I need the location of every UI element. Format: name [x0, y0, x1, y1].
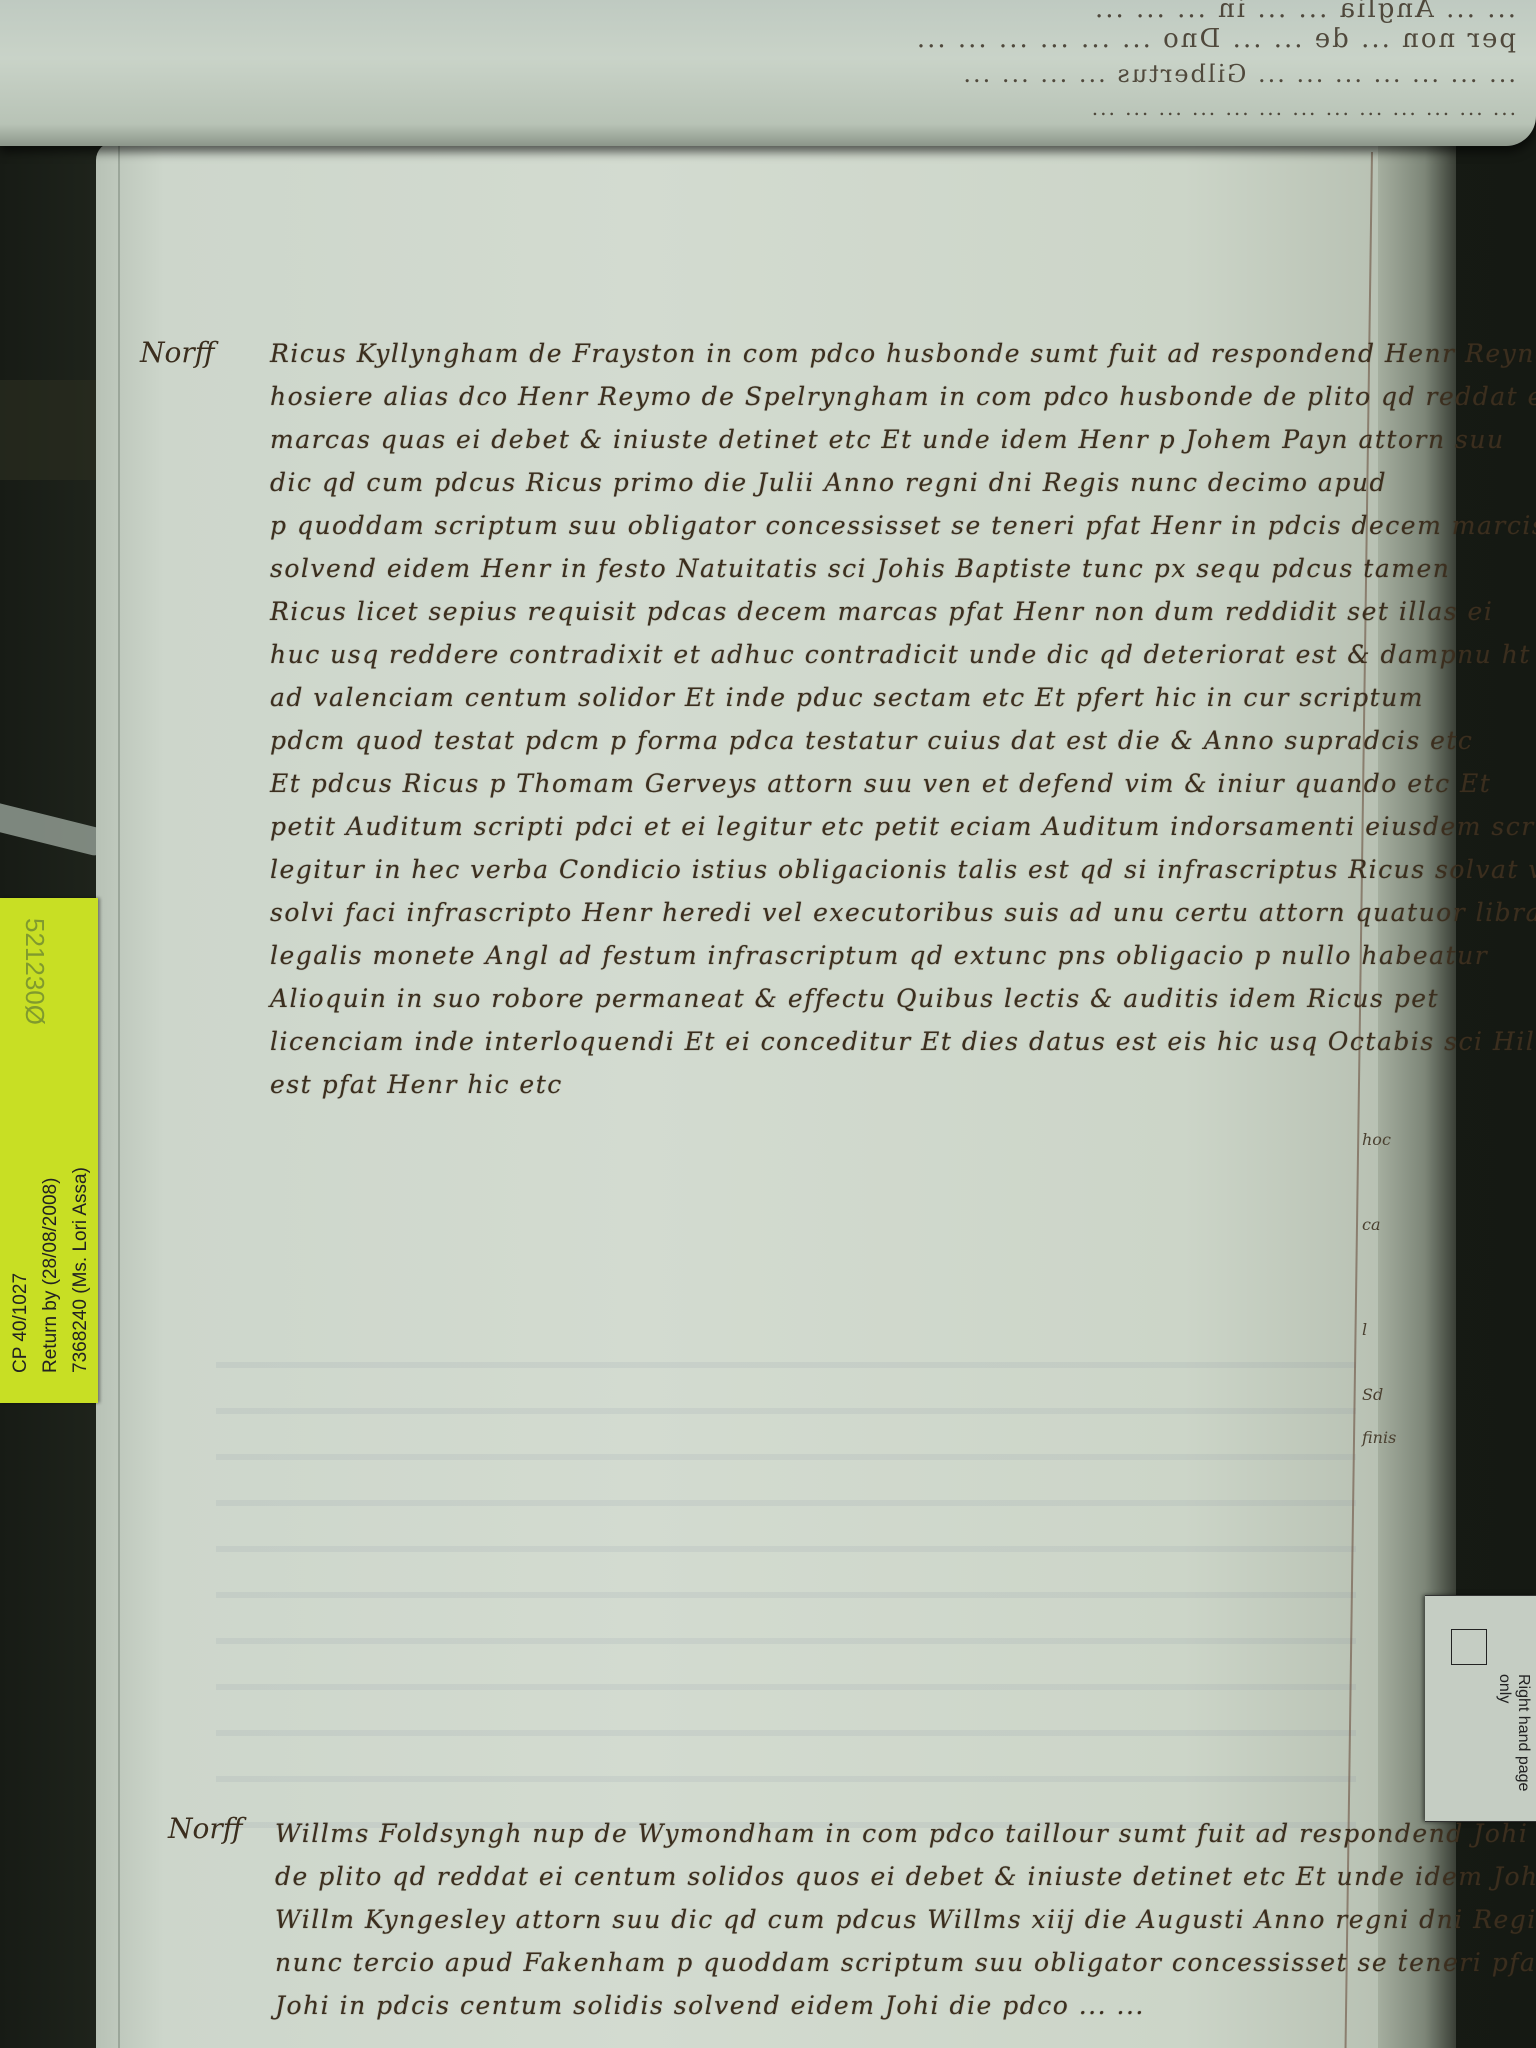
entry-line: de plito qd reddat ei centum solidos quo…: [275, 1855, 1375, 1898]
entry-line: hosiere alias dco Henr Reymo de Spelryng…: [270, 375, 1430, 418]
entry-line: Johi in pdcis centum solidis solvend eid…: [275, 1984, 1375, 2027]
page-fold-line: [118, 142, 120, 2048]
show-through-text: [216, 1322, 1356, 1842]
entry-line: dic qd cum pdcus Ricus primo die Julii A…: [270, 461, 1430, 504]
entry-line: p quoddam scriptum suu obligator concess…: [270, 504, 1430, 547]
plea-entry-1: Ricus Kyllyngham de Frayston in com pdco…: [270, 332, 1430, 1106]
right-margin-note: l: [1362, 1320, 1367, 1339]
roll-line: ... ... ... ... ... ... ... ... ... ... …: [0, 96, 1516, 120]
margin-note-county: Norff: [168, 1812, 243, 1845]
plea-entry-2: Willms Foldsyngh nup de Wymondham in com…: [275, 1812, 1375, 2027]
entry-line: marcas quas ei debet & iniuste detinet e…: [270, 418, 1430, 461]
entry-line: petit Auditum scripti pdci et ei legitur…: [270, 805, 1430, 848]
entry-line: Alioquin in suo robore permaneat & effec…: [270, 977, 1430, 1020]
entry-line: nunc tercio apud Fakenham p quoddam scri…: [275, 1941, 1375, 1984]
entry-line: solvend eidem Henr in festo Natuitatis s…: [270, 547, 1430, 590]
label-reference: CP 40/1027: [6, 898, 36, 1373]
roll-line: ... ... Anglia ... ... in ... ... ...: [0, 0, 1516, 24]
entry-line: legitur in hec verba Condicio istius obl…: [270, 848, 1430, 891]
archive-return-label: 521230Ø CP 40/1027 Return by (28/08/2008…: [0, 898, 98, 1403]
entry-line: legalis monete Angl ad festum infrascrip…: [270, 934, 1430, 977]
right-hand-page-checkbox[interactable]: [1451, 1629, 1487, 1665]
entry-line: licenciam inde interloquendi Et ei conce…: [270, 1020, 1430, 1063]
entry-line: Et pdcus Ricus p Thomam Gerveys attorn s…: [270, 762, 1430, 805]
right-margin-note: ca: [1362, 1215, 1381, 1234]
margin-note-county: Norff: [140, 336, 215, 369]
right-hand-page-slip: Right hand page only: [1425, 1595, 1536, 1822]
entry-line: Willms Foldsyngh nup de Wymondham in com…: [275, 1812, 1375, 1855]
background-band: [0, 380, 100, 480]
right-margin-note: hoc: [1362, 1130, 1391, 1149]
entry-line: Ricus Kyllyngham de Frayston in com pdco…: [270, 332, 1430, 375]
entry-line: pdcm quod testat pdcm p forma pdca testa…: [270, 719, 1430, 762]
entry-line: Ricus licet sepius requisit pdcas decem …: [270, 590, 1430, 633]
entry-line: ad valenciam centum solidor Et inde pduc…: [270, 676, 1430, 719]
entry-line: solvi faci infrascripto Henr heredi vel …: [270, 891, 1430, 934]
entry-line: huc usq reddere contradixit et adhuc con…: [270, 633, 1430, 676]
right-hand-page-label: Right hand page only: [1495, 1674, 1533, 1814]
right-margin-note: finis: [1362, 1428, 1396, 1447]
label-reader-ticket: 7368240 (Ms. Lori Assa): [66, 898, 96, 1373]
label-text: CP 40/1027 Return by (28/08/2008) 736824…: [0, 898, 98, 1403]
entry-line: est pfat Henr hic etc: [270, 1063, 1430, 1106]
roll-line: ... ... ... ... ... ... ... Gilbertus ..…: [0, 60, 1516, 88]
entry-line: Willm Kyngesley attorn suu dic qd cum pd…: [275, 1898, 1375, 1941]
roll-line: per non ... de ... ... Dno ... ... ... .…: [0, 24, 1516, 54]
label-return-date: Return by (28/08/2008): [36, 898, 66, 1373]
rolled-top-membrane: ... ... Anglia ... ... in ... ... ... pe…: [0, 0, 1536, 146]
right-margin-note: Sd: [1362, 1385, 1383, 1404]
